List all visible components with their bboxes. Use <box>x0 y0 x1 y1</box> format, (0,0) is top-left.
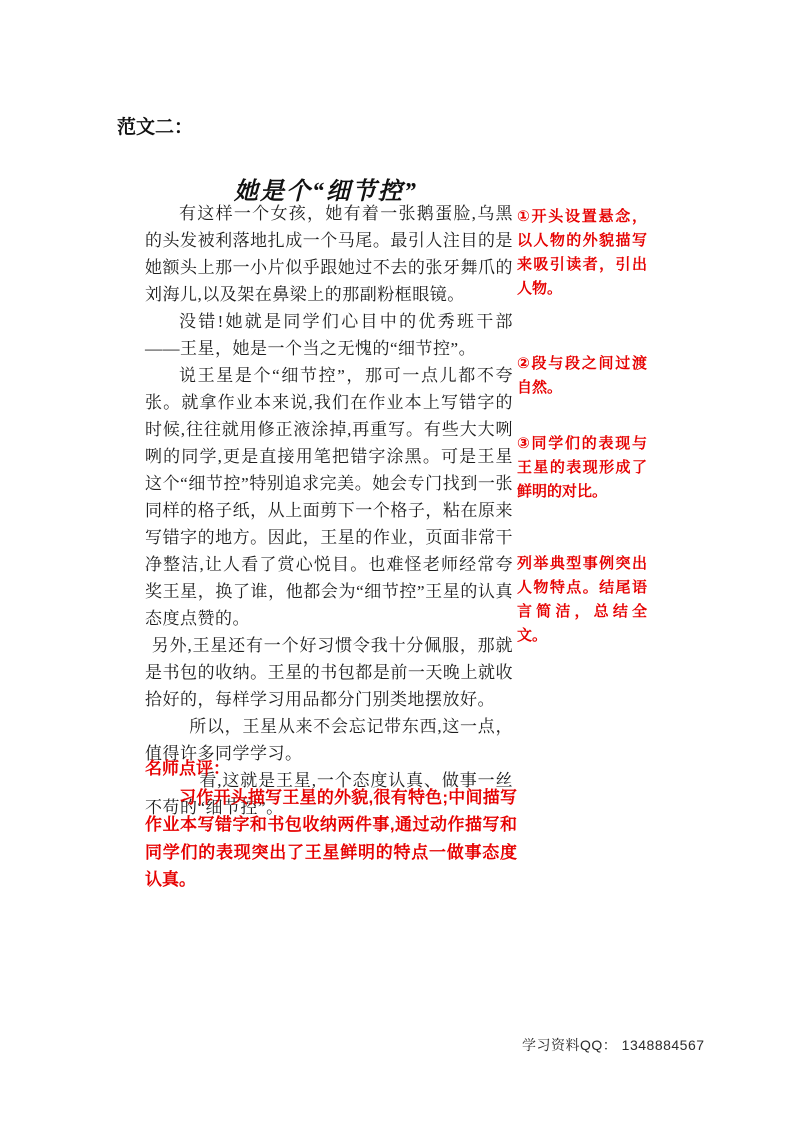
teacher-margin-note-1: ①开头设置悬念，以人物的外貌描写来吸引读者，引出人物。 <box>517 205 647 301</box>
teacher-margin-note-4: 列举典型事例突出人物特点。结尾语言简洁，总结全文。 <box>517 552 647 648</box>
essay-body: 有这样一个女孩，她有着一张鹅蛋脸,乌黑的头发被利落地扎成一个马尾。最引人注目的是… <box>145 200 513 821</box>
teacher-margin-note-2: ②段与段之间过渡自然。 <box>517 352 647 400</box>
document-page: 范文二： 她是个“细节控” 有这样一个女孩，她有着一张鹅蛋脸,乌黑的头发被利落地… <box>0 0 793 1122</box>
teacher-margin-note-3: ③同学们的表现与王星的表现形成了鲜明的对比。 <box>517 432 647 504</box>
teacher-review-section: 名师点评： 习作开头描写王星的外貌,很有特色;中间描写作业本写错字和书包收纳两件… <box>145 755 517 894</box>
essay-paragraph: 另外,王星还有一个好习惯令我十分佩服，那就是书包的收纳。王星的书包都是前一天晚上… <box>145 632 513 713</box>
essay-paragraph: 没错!她就是同学们心目中的优秀班干部——王星，她是一个当之无愧的“细节控”。 <box>145 308 513 362</box>
footer-contact-note: 学习资料QQ： 1348884567 <box>522 1035 705 1055</box>
section-label: 范文二： <box>117 112 193 139</box>
essay-paragraph: 说王星是个“细节控”，那可一点儿都不夸张。就拿作业本来说,我们在作业本上写错字的… <box>145 362 513 632</box>
essay-paragraph: 有这样一个女孩，她有着一张鹅蛋脸,乌黑的头发被利落地扎成一个马尾。最引人注目的是… <box>145 200 513 308</box>
teacher-review-body: 习作开头描写王星的外貌,很有特色;中间描写作业本写错字和书包收纳两件事,通过动作… <box>145 784 517 894</box>
teacher-review-heading: 名师点评： <box>145 755 517 783</box>
